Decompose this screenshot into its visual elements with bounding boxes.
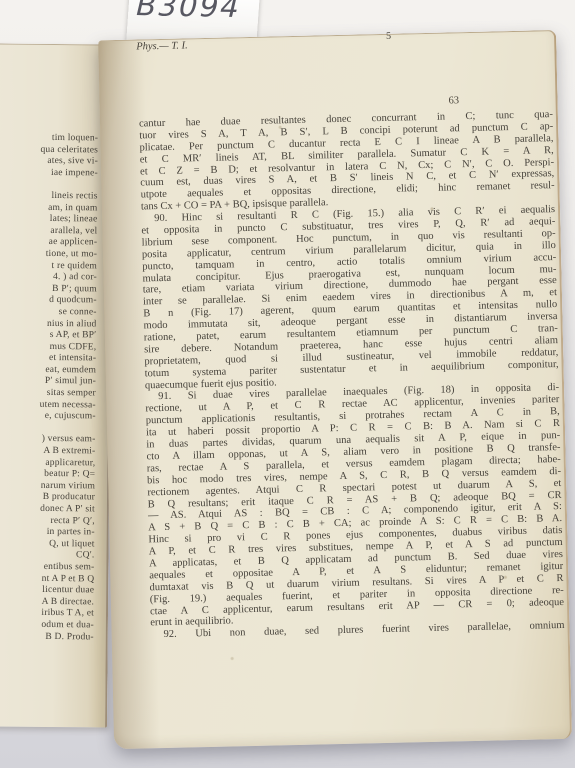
- left-page-line-fragment: donec A P′ sit: [37, 504, 95, 516]
- page-number: 63: [448, 95, 459, 106]
- left-page-line-fragment: tione, ut mo-: [39, 249, 97, 261]
- left-page-line-fragment: applicaretur,: [38, 458, 96, 470]
- footer-running-title: Phys.— T. I.: [136, 40, 188, 52]
- left-page-line-fragment: ae applicen-: [40, 237, 98, 249]
- left-page-line-fragment: e, cujuscum-: [38, 411, 96, 423]
- left-page-line-fragment: beatur P: Q=: [38, 469, 96, 481]
- right-page: 63 cantur hae duae resultantes donec con…: [98, 30, 572, 749]
- left-page-line-fragment: ates, sive vi-: [40, 156, 98, 168]
- left-page-line-fragment: d quodcum-: [39, 295, 97, 307]
- left-page-line-fragment: s AP, et BP′: [39, 330, 97, 342]
- left-page-line-fragment: 4. ) ad cor-: [39, 272, 97, 284]
- page-text: cantur hae duae resultantes donec concur…: [139, 109, 565, 641]
- left-page-line-fragment: Q, ut liquet: [37, 539, 95, 551]
- left-page-line-fragment: t re quidem: [39, 260, 97, 272]
- left-page-line-fragment: nius in aliud: [39, 318, 97, 330]
- left-page-line-fragment: iribus T A, et: [36, 608, 94, 620]
- left-page-line-fragment: et intensita-: [39, 353, 97, 365]
- left-page-paragraph-gap: [38, 423, 96, 435]
- left-page-line-fragment: licentur duae: [37, 585, 95, 597]
- left-page-line-fragment: A B directae.: [36, 597, 94, 609]
- left-facing-page: tim loquen-qua celeritatesates, sive vi-…: [0, 43, 113, 727]
- left-page-line-fragment: P′ simul jun-: [38, 376, 96, 388]
- footer-signature-number: 5: [386, 31, 391, 42]
- left-page-line-fragment: eat, eumdem: [38, 365, 96, 377]
- inventory-sticker-label: B3094: [132, 0, 263, 24]
- left-page-line-fragment: mus CDFE,: [39, 342, 97, 354]
- left-page-line-fragment: sitas semper: [38, 388, 96, 400]
- left-page-line-fragment: utem necessa-: [38, 400, 96, 412]
- left-page-line-fragment: odum et dua-: [36, 620, 94, 632]
- left-page-line-fragment: am, in quam: [40, 202, 98, 214]
- left-page-line-fragment: lineis rectis: [40, 191, 98, 203]
- left-page-line-fragment: ) versus eam-: [38, 434, 96, 446]
- book-photo: B3094 tim loquen-qua celeritatesates, si…: [0, 0, 575, 768]
- left-page-line-fragment: nt A P et B Q: [37, 573, 95, 585]
- left-page-line-fragment: B P′; quum: [39, 284, 97, 296]
- left-page-line-fragment: B producatur: [37, 492, 95, 504]
- left-page-line-fragment: qua celeritates: [40, 145, 98, 157]
- left-page-paragraph-gap: [40, 179, 98, 191]
- left-page-text: tim loquen-qua celeritatesates, sive vi-…: [36, 133, 98, 644]
- left-page-line-fragment: iae impene-: [40, 168, 98, 180]
- left-page-line-fragment: arallela, vel: [40, 226, 98, 238]
- left-page-line-fragment: se conne-: [39, 307, 97, 319]
- left-page-line-fragment: lates; lineae: [40, 214, 98, 226]
- left-page-line-fragment: B D. Produ-: [36, 631, 94, 643]
- left-page-line-fragment: entibus sem-: [37, 562, 95, 574]
- left-page-line-fragment: CQ′.: [37, 550, 95, 562]
- left-page-line-fragment: A B extremi-: [38, 446, 96, 458]
- left-page-line-fragment: tim loquen-: [41, 133, 99, 145]
- left-page-line-fragment: in partes in-: [37, 527, 95, 539]
- left-page-line-fragment: narum virium: [37, 481, 95, 493]
- left-page-line-fragment: recta P′ Q′,: [37, 515, 95, 527]
